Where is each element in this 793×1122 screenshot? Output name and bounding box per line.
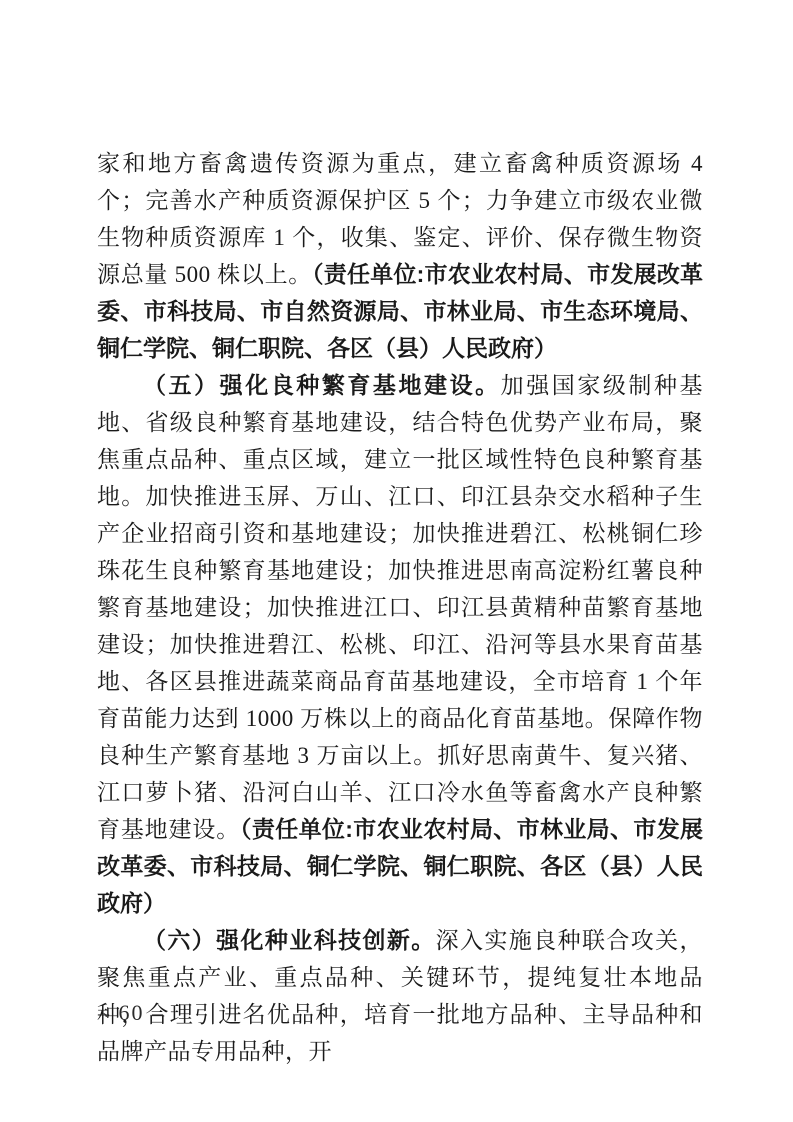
paragraph: 家和地方畜禽遗传资源为重点，建立畜禽种质资源场 4 个；完善水产种质资源保护区 …: [97, 145, 703, 367]
page-number: – 60 –: [98, 1000, 165, 1026]
paragraph: （五）强化良种繁育基地建设。加强国家级制种基地、省级良种繁育基地建设，结合特色优…: [97, 367, 703, 922]
paragraph: （六）强化种业科技创新。深入实施良种联合攻关，聚焦重点产业、重点品种、关键环节，…: [97, 922, 703, 1070]
text-run-body: 加强国家级制种基地、省级良种繁育基地建设，结合特色优势产业布局，聚焦重点品种、重…: [97, 373, 703, 842]
text-run-head: （六）强化种业科技创新。: [143, 928, 436, 953]
document-page: 家和地方畜禽遗传资源为重点，建立畜禽种质资源场 4 个；完善水产种质资源保护区 …: [0, 0, 793, 1122]
text-run-head: （五）强化良种繁育基地建设。: [143, 373, 501, 398]
document-body: 家和地方畜禽遗传资源为重点，建立畜禽种质资源场 4 个；完善水产种质资源保护区 …: [97, 145, 703, 1070]
